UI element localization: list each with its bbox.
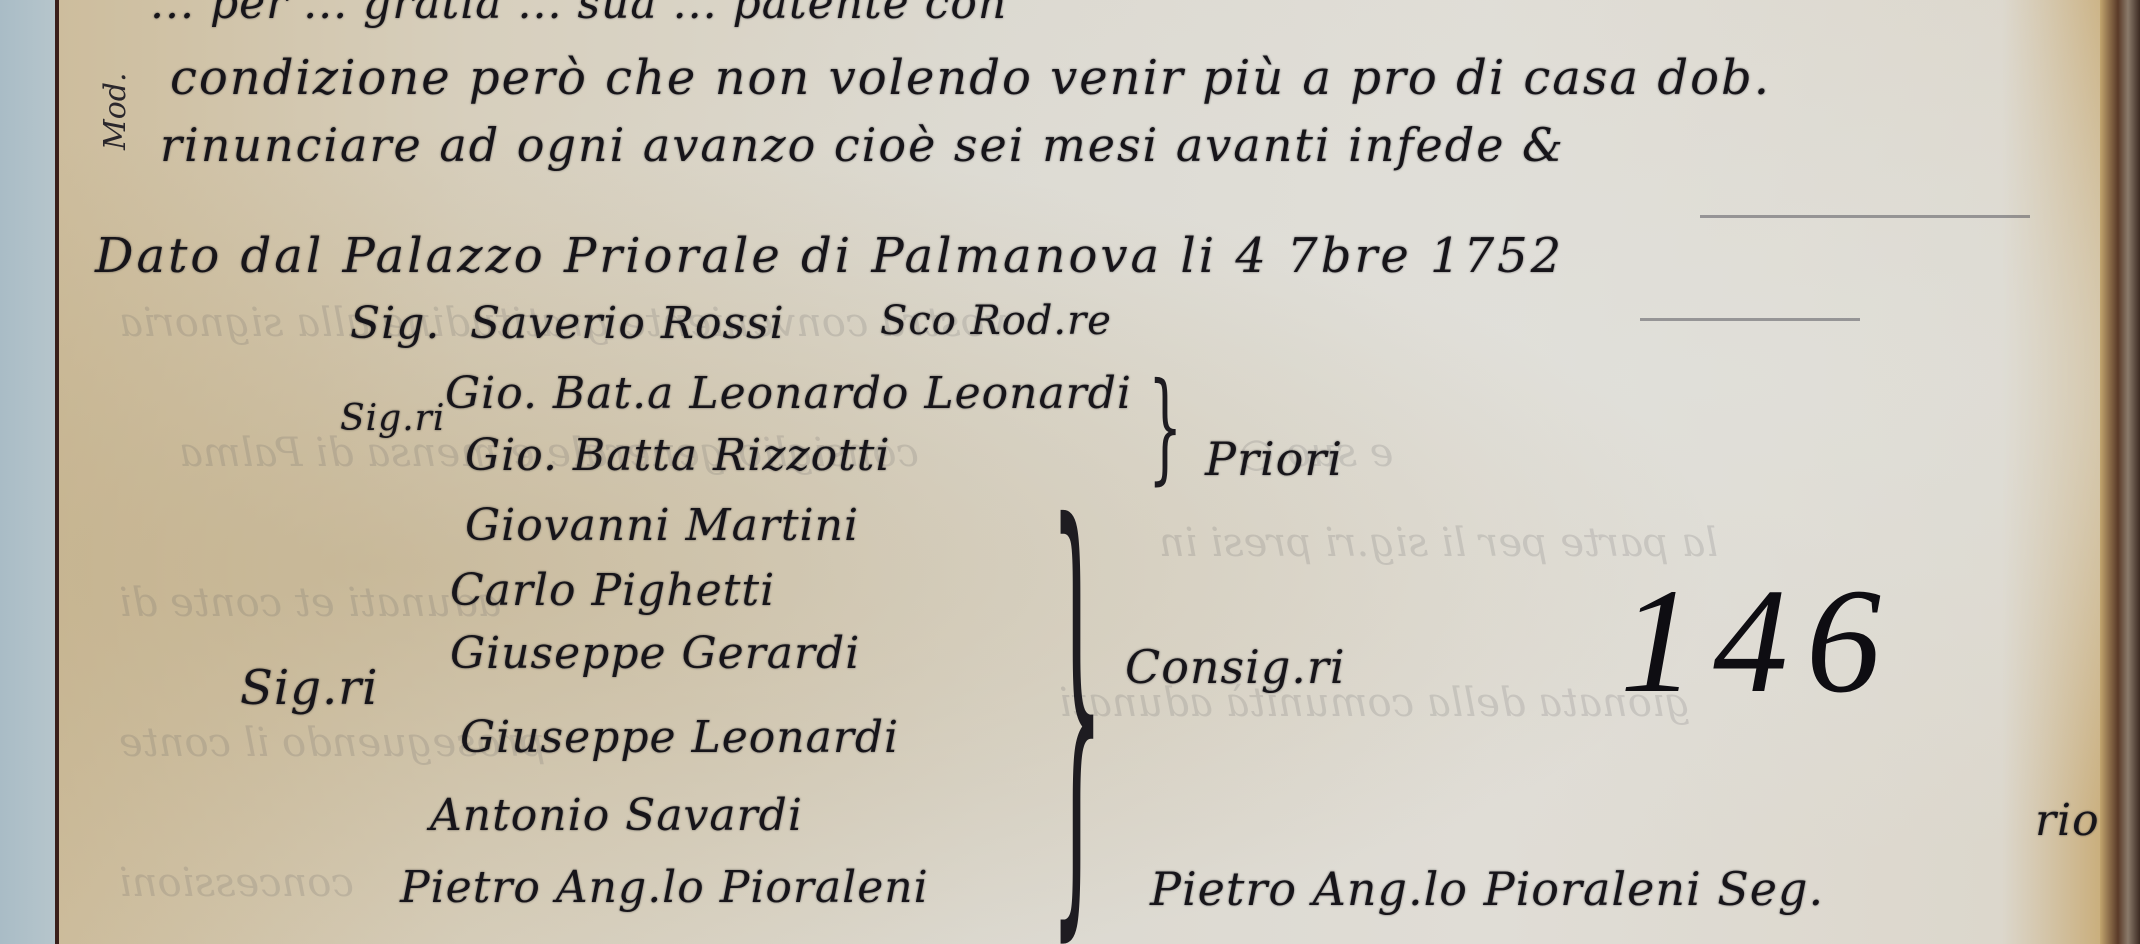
council-member: Carlo Pighetti <box>450 565 775 616</box>
priors-prefix: Sig.ri <box>340 398 445 439</box>
date-line: Dato dal Palazzo Priorale di Palmanova l… <box>95 228 1564 284</box>
priors-brace: } <box>1148 358 1182 497</box>
council-member: Giovanni Martini <box>465 500 859 551</box>
bleed-through-text: concessioni <box>119 860 354 906</box>
text-line-1: condizione però che non volendo venir pi… <box>170 50 1771 106</box>
council-member: Giuseppe Gerardi <box>450 628 860 679</box>
prior-name: Gio. Batta Rizzotti <box>465 430 891 481</box>
page-number: 146 <box>1620 555 1899 727</box>
text-line-2: rinunciare ad ogni avanzo cioè sei mesi … <box>160 118 1565 172</box>
closing-signature: Pietro Ang.lo Pioraleni Seg. <box>1150 862 1824 916</box>
page-edge-right <box>2100 0 2140 944</box>
council-member: Antonio Savardi <box>430 790 803 841</box>
priors-label: Priori <box>1205 432 1343 486</box>
council-member: Pietro Ang.lo Pioraleni <box>400 862 929 913</box>
margin-note: Mod. <box>98 72 133 150</box>
signatory-name: Saverio Rossi <box>470 298 785 349</box>
signatory-prefix: Sig. <box>350 298 440 349</box>
underline <box>1700 215 2030 218</box>
council-member: Giuseppe Leonardi <box>460 712 899 763</box>
closing-superscript: rio <box>2035 795 2100 846</box>
council-brace: } <box>1050 470 1104 940</box>
council-label: Consig.ri <box>1125 640 1346 694</box>
signatory-role: Sco Rod.re <box>880 298 1112 344</box>
council-prefix: Sig.ri <box>240 660 379 716</box>
prior-name: Gio. Bat.a Leonardo Leonardi <box>445 368 1132 419</box>
bleed-through-text: adunati et conte di <box>119 580 501 626</box>
date-underline <box>1640 318 1860 321</box>
background-left <box>0 0 60 944</box>
text-line-0: ... per ... gratia ... sua ... patente c… <box>150 0 1007 29</box>
